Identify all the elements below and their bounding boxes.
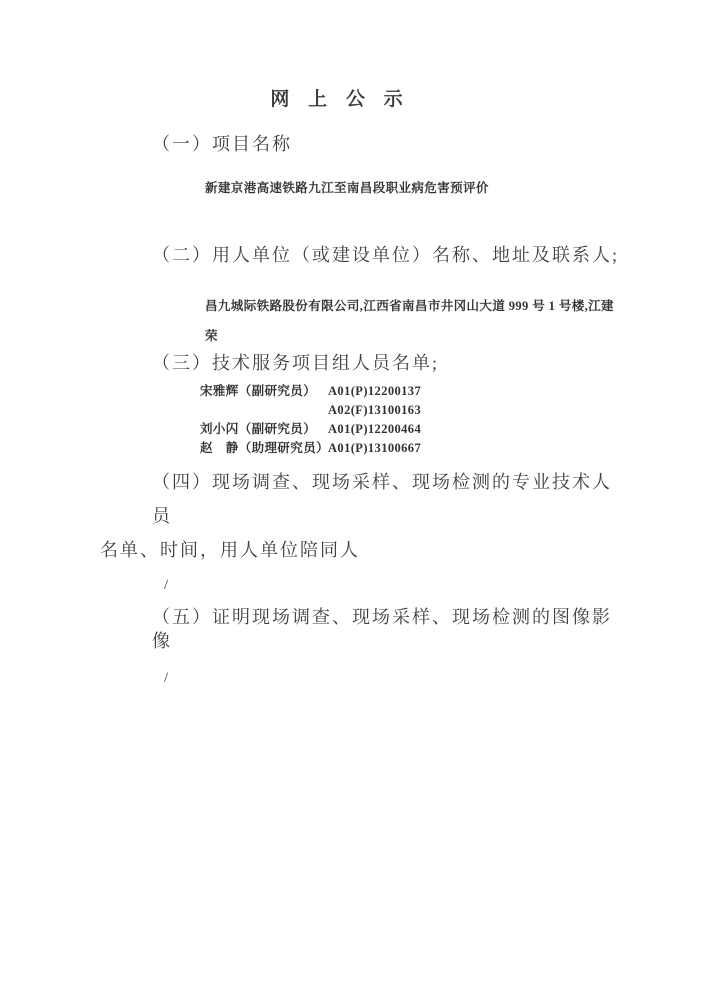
personnel-cert-code: A01(P)12200464 xyxy=(328,420,421,439)
section-4-heading-line-2: 名单、时间，用人单位陪同人 xyxy=(100,533,620,567)
project-name: 新建京港高速铁路九江至南昌段职业病危害预评价 xyxy=(205,180,620,196)
personnel-cert-code: A02(F)13100163 xyxy=(328,401,421,420)
employer-info-line-1: 昌九城际铁路股份有限公司,江西省南昌市井冈山大道 999 号 1 号楼,江建 xyxy=(205,291,620,321)
section-3-heading: （三）技术服务项目组人员名单; xyxy=(100,351,620,375)
personnel-cert-code: A01(P)12200137 xyxy=(328,382,421,401)
document-page: 网 上 公 示 （一）项目名称 新建京港高速铁路九江至南昌段职业病危害预评价 （… xyxy=(0,0,707,1000)
personnel-name: 宋雅辉（副研究员） xyxy=(200,382,328,401)
section-4-heading: （四）现场调查、现场采样、现场检测的专业技术人员 名单、时间，用人单位陪同人 xyxy=(100,465,620,567)
section-1-heading: （一）项目名称 xyxy=(100,132,620,156)
section-5-placeholder: / xyxy=(164,669,620,687)
personnel-row: 宋雅辉（副研究员） A01(P)12200137 xyxy=(200,382,620,401)
personnel-list: 宋雅辉（副研究员） A01(P)12200137 A02(F)13100163 … xyxy=(200,382,620,458)
employer-info-line-2: 荣 xyxy=(205,321,620,351)
personnel-row: 刘小闪（副研究员） A01(P)12200464 xyxy=(200,420,620,439)
section-4-placeholder: / xyxy=(164,576,620,594)
section-2-heading: （二）用人单位（或建设单位）名称、地址及联系人; xyxy=(100,243,620,267)
document-title: 网 上 公 示 xyxy=(80,88,600,112)
personnel-name: 赵 静（助理研究员） xyxy=(200,439,328,458)
personnel-row: 赵 静（助理研究员） A01(P)13100667 xyxy=(200,439,620,458)
personnel-cert-code: A01(P)13100667 xyxy=(328,439,421,458)
personnel-name: 刘小闪（副研究员） xyxy=(200,420,328,439)
personnel-row: A02(F)13100163 xyxy=(200,401,620,420)
employer-info: 昌九城际铁路股份有限公司,江西省南昌市井冈山大道 999 号 1 号楼,江建 荣 xyxy=(205,291,620,351)
section-5-heading: （五）证明现场调查、现场采样、现场检测的图像影像 xyxy=(100,605,620,653)
personnel-name xyxy=(200,401,328,420)
section-4-heading-line-1: （四）现场调查、现场采样、现场检测的专业技术人员 xyxy=(100,465,620,533)
